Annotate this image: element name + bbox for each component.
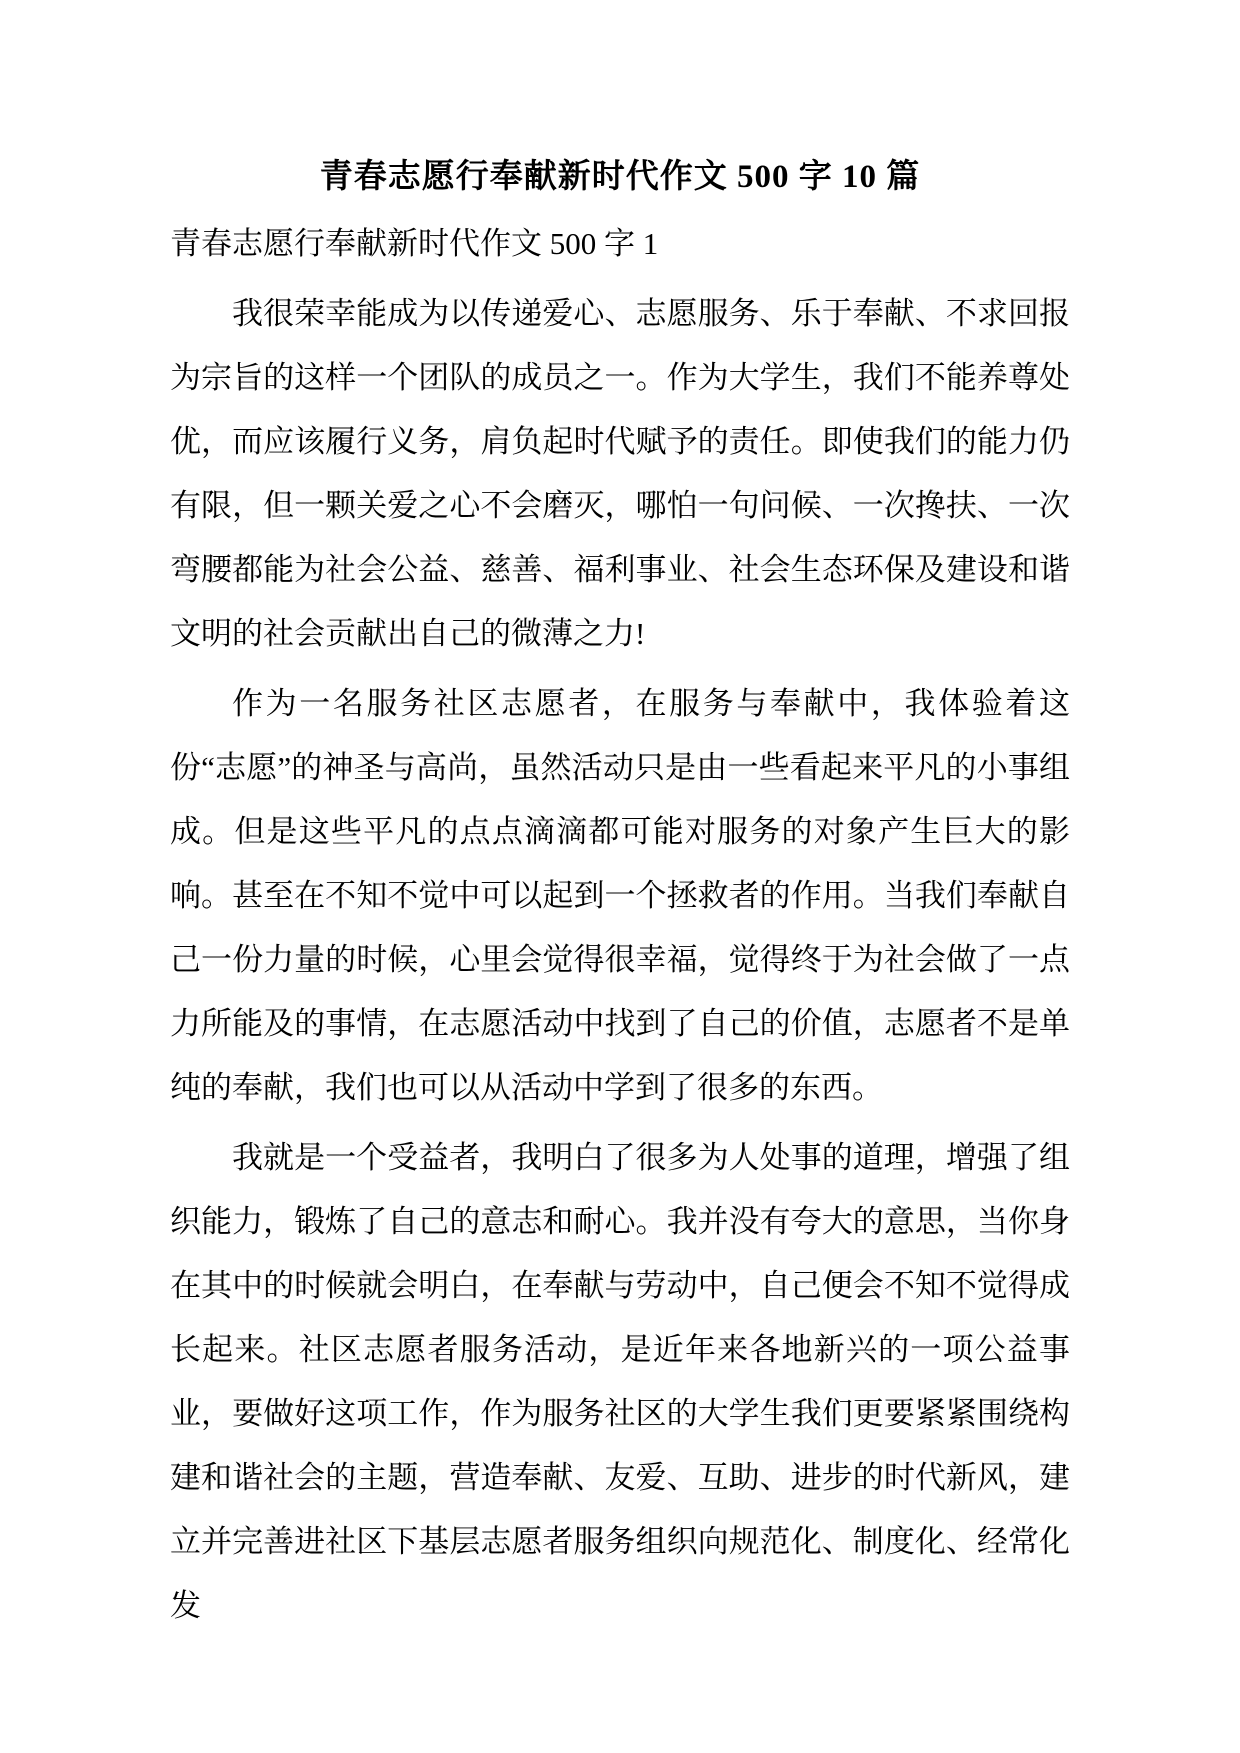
paragraph-1: 我很荣幸能成为以传递爱心、志愿服务、乐于奉献、不求回报为宗旨的这样一个团队的成员… (170, 282, 1070, 666)
essay-subtitle: 青春志愿行奉献新时代作文 500 字 1 (170, 212, 1070, 276)
paragraph-2: 作为一名服务社区志愿者，在服务与奉献中，我体验着这份“志愿”的神圣与高尚，虽然活… (170, 672, 1070, 1120)
document-page: 青春志愿行奉献新时代作文 500 字 10 篇 青春志愿行奉献新时代作文 500… (0, 0, 1240, 1753)
paragraph-3: 我就是一个受益者，我明白了很多为人处事的道理，增强了组织能力，锻炼了自己的意志和… (170, 1126, 1070, 1638)
document-title: 青春志愿行奉献新时代作文 500 字 10 篇 (170, 142, 1070, 212)
